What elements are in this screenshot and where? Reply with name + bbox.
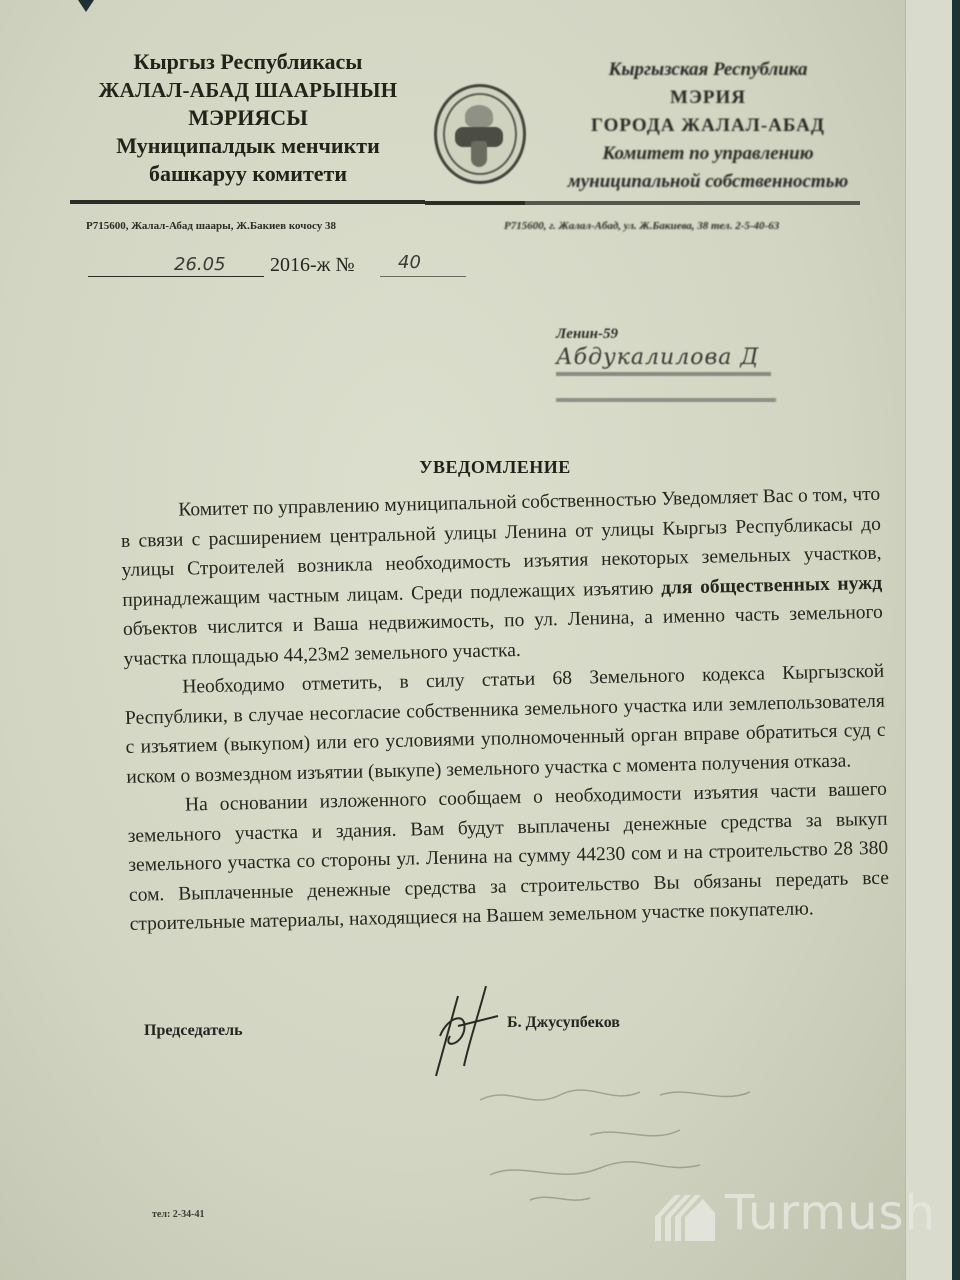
paper-tear-mark xyxy=(78,0,94,12)
signatory-name: Б. Джусупбеков xyxy=(507,1014,620,1032)
letterhead-line: Комитет по управлению xyxy=(538,140,878,168)
handwritten-number: 40 xyxy=(398,252,421,273)
letterhead-line: ГОРОДА ЖАЛАЛ-АБАД xyxy=(538,112,878,140)
document-title: УВЕДОМЛЕНИЕ xyxy=(100,457,890,478)
turmush-watermark: Turmush xyxy=(655,1183,935,1243)
paragraph-3: На основании изложенного сообщаем о необ… xyxy=(127,775,890,940)
letterhead-kyrgyz: Кыргыз Республикасы ЖАЛАЛ-АБАД ШААРЫНЫН … xyxy=(88,48,408,188)
letterhead-line: МЭРИЯСЫ xyxy=(88,104,408,132)
paragraph-2: Необходимо отметить, в силу статьи 68 Зе… xyxy=(124,657,886,792)
paragraph-1: Комитет по управлению муниципальной собс… xyxy=(120,480,884,674)
address-kyrgyz: Р715600, Жалал-Абад шаары, Ж.Бакиев кочо… xyxy=(86,220,336,232)
letterhead-rule-left xyxy=(70,200,425,204)
house-logo-icon xyxy=(655,1191,719,1241)
letterhead-rule-right xyxy=(525,201,860,205)
letterhead-line: ЖАЛАЛ-АБАД ШААРЫНЫН xyxy=(88,76,408,104)
letterhead-line: башкаруу комитети xyxy=(88,160,408,188)
signature-icon xyxy=(428,986,504,1086)
year-number-label: 2016-ж № xyxy=(270,254,355,277)
letterhead-russian: Кыргызская Республика МЭРИЯ ГОРОДА ЖАЛАЛ… xyxy=(538,56,878,196)
state-emblem-icon xyxy=(434,84,526,184)
recipient-street: Ленин-59 xyxy=(556,326,816,343)
watermark-text: Turmush xyxy=(725,1185,936,1241)
document-body: Комитет по управлению муниципальной собс… xyxy=(120,480,890,940)
letterhead-line: Муниципалдык менчикти xyxy=(88,132,408,160)
recipient-block: Ленин-59 Абдукалилова Д xyxy=(556,326,816,416)
handwritten-date: 26.05 xyxy=(174,254,226,275)
letterhead-rule-mid xyxy=(425,201,525,205)
letterhead-line: МЭРИЯ xyxy=(538,84,878,112)
recipient-name-handwritten: Абдукалилова Д xyxy=(556,345,816,370)
address-russian: Р715600, г. Жалал-Абад, ул. Ж.Бакиева, 3… xyxy=(504,220,779,232)
date-number-line: 26.05 2016-ж № 40 xyxy=(88,252,468,284)
letterhead-line: Кыргызская Республика xyxy=(538,56,878,84)
paper-edge xyxy=(905,0,906,1280)
signatory-position: Председатель xyxy=(144,1022,243,1040)
letterhead-line: Кыргыз Республикасы xyxy=(88,48,408,76)
document-page: Кыргыз Республикасы ЖАЛАЛ-АБАД ШААРЫНЫН … xyxy=(0,0,905,1280)
footer-phone: тел: 2-34-41 xyxy=(152,1209,204,1220)
letterhead-line: муниципальной собственностью xyxy=(538,168,878,196)
